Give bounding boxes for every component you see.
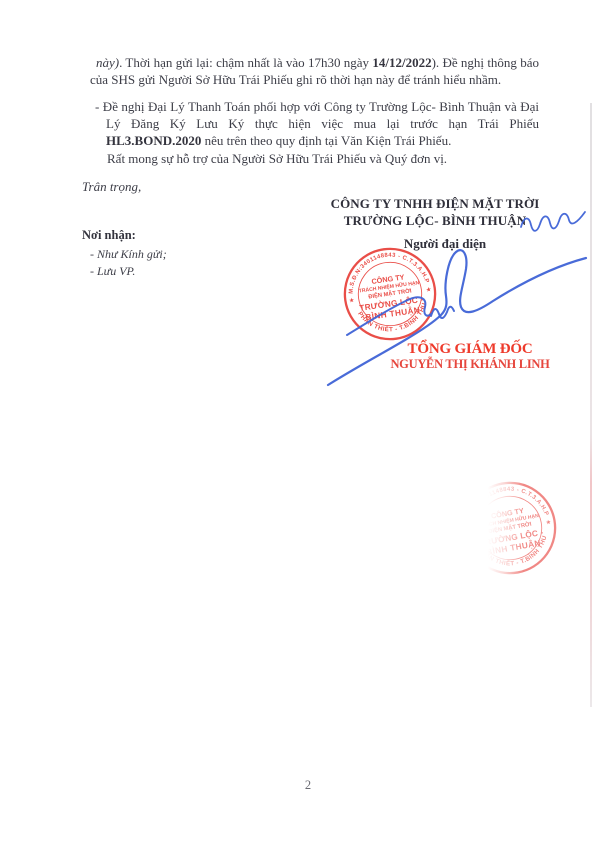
seal-star-right: ★ <box>545 519 552 527</box>
recipients-label: Nơi nhận: <box>82 228 167 243</box>
recipient-item: - Như Kính gửi; <box>90 248 167 260</box>
seal-star-left: ★ <box>469 532 476 540</box>
closing-salutation: Trân trọng, <box>82 179 141 195</box>
faint-partial-seal-stamp: M.S.Đ.N:3401148843 - C.T.3.A.H.P TP.PHAN… <box>454 472 565 583</box>
paragraph-deadline-notice: này). Thời hạn gửi lại: chậm nhất là vào… <box>90 54 539 88</box>
scanned-letter-page: { "colors": { "text_color": "#3c3d47", "… <box>0 0 595 842</box>
signature-flourish <box>521 212 585 231</box>
paragraph2-text-2: nêu trên theo quy định tại Văn Kiện Trái… <box>201 133 451 148</box>
seal-icon: M.S.Đ.N:3401148843 - C.T.3.A.H.P TP.PHAN… <box>454 472 565 583</box>
handwritten-signature <box>300 200 595 395</box>
recipients-block: Nơi nhận: - Như Kính gửi; - Lưu VP. <box>82 228 167 277</box>
paragraph-thanks: Rất mong sự hỗ trợ của Người Sở Hữu Trái… <box>90 150 539 167</box>
signature-main-stroke <box>328 250 586 385</box>
italic-lead: này) <box>96 55 119 70</box>
scan-edge-line <box>590 103 592 707</box>
deadline-date: 14/12/2022 <box>372 55 431 70</box>
page-number: 2 <box>288 778 328 793</box>
paragraph1-text: . Thời hạn gửi lại: chậm nhất là vào 17h… <box>119 55 372 70</box>
paragraph2-text: - Đề nghị Đại Lý Thanh Toán phối hợp với… <box>95 99 539 131</box>
paragraph-bond-buyback: - Đề nghị Đại Lý Thanh Toán phối hợp với… <box>90 98 539 149</box>
bond-code: HL3.BOND.2020 <box>106 133 201 148</box>
signature-cross-stroke <box>347 297 454 335</box>
recipient-item: - Lưu VP. <box>90 265 167 277</box>
